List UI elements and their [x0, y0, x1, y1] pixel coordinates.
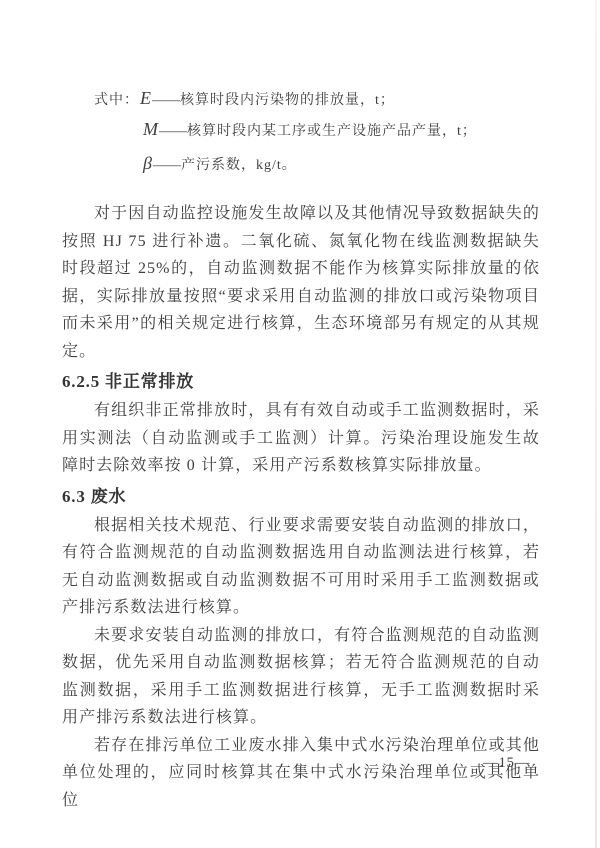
em-dash: —— — [152, 93, 180, 108]
symbol-M: M — [142, 119, 159, 139]
symbol-beta-description: 产污系数，kg/t。 — [181, 158, 297, 173]
em-dash: —— — [153, 158, 181, 173]
formula-definitions: 式中：E——核算时段内污染物的排放量，t； M——核算时段内某工序或生产设施产品… — [94, 84, 540, 180]
em-dash: —— — [159, 124, 187, 139]
symbol-E-description: 核算时段内污染物的排放量，t； — [180, 93, 395, 108]
formula-definition-E: 式中：E——核算时段内污染物的排放量，t； — [94, 84, 540, 115]
paragraph-data-missing: 对于因自动监控设施发生故障以及其他情况导致数据缺失的按照 HJ 75 进行补遗。… — [62, 200, 540, 365]
formula-definition-M: M——核算时段内某工序或生产设施产品产量，t； — [94, 115, 540, 146]
page-number: —15— — [483, 755, 530, 772]
page-content: 式中：E——核算时段内污染物的排放量，t； M——核算时段内某工序或生产设施产品… — [62, 84, 540, 814]
formula-definition-beta: β——产污系数，kg/t。 — [94, 149, 540, 180]
symbol-E: E — [139, 88, 152, 108]
section-heading-6-2-5: 6.2.5 非正常排放 — [62, 368, 540, 395]
symbol-M-description: 核算时段内某工序或生产设施产品产量，t； — [187, 124, 477, 139]
scan-edge-artifact — [595, 0, 597, 848]
paragraph-abnormal-discharge: 有组织非正常排放时，具有有效自动或手工监测数据时，采用实测法（自动监测或手工监测… — [62, 397, 540, 480]
section-heading-6-3: 6.3 废水 — [62, 483, 540, 510]
paragraph-wastewater-no-auto-monitoring: 未要求安装自动监测的排放口，有符合监测规范的自动监测数据，优先采用自动监测数据核… — [62, 622, 540, 732]
formula-intro-label: 式中： — [94, 93, 139, 108]
document-page: 式中：E——核算时段内污染物的排放量，t； M——核算时段内某工序或生产设施产品… — [0, 0, 600, 848]
paragraph-wastewater-auto-monitoring: 根据相关技术规范、行业要求需要安装自动监测的排放口，有符合监测规范的自动监测数据… — [62, 512, 540, 622]
paragraph-wastewater-centralized-treatment: 若存在排污单位工业废水排入集中式水污染治理单位或其他单位处理的，应同时核算其在集… — [62, 732, 540, 815]
symbol-beta: β — [142, 153, 153, 173]
